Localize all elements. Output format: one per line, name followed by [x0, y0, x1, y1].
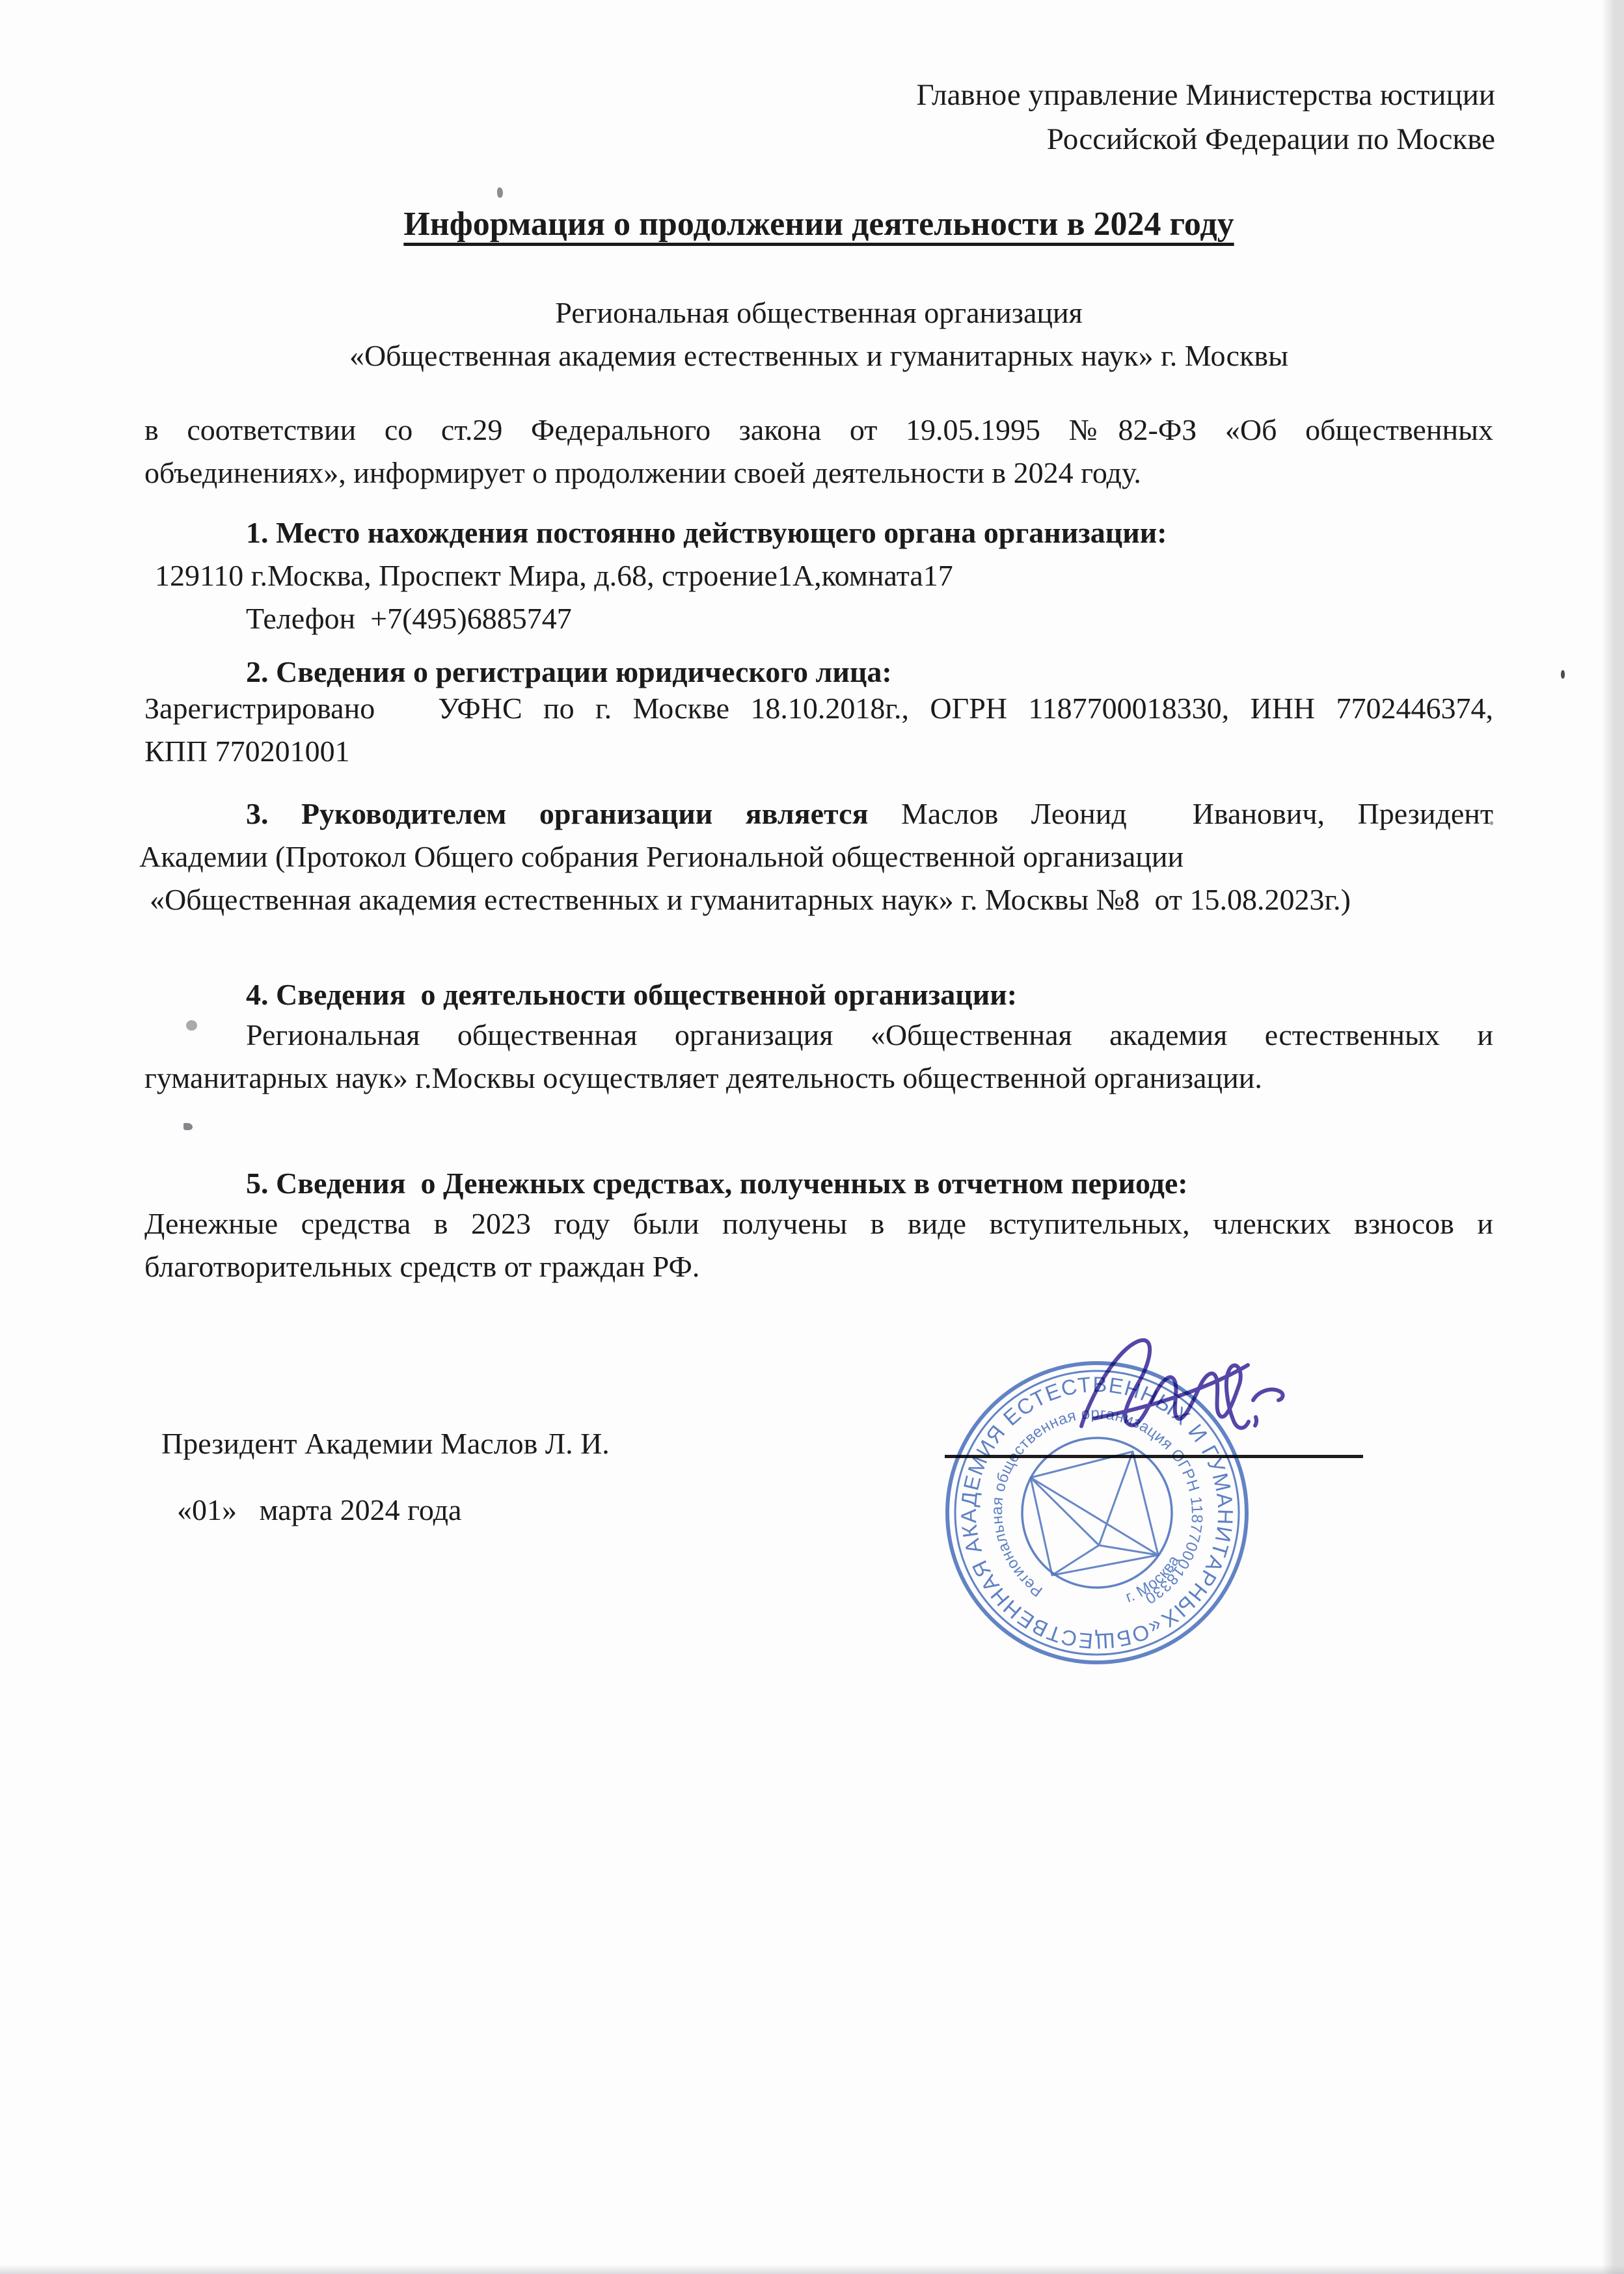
section-3-line-3: «Общественная академия естественных и гу… — [144, 878, 1493, 921]
scan-speck — [1561, 670, 1565, 679]
intro-line-2: объединениях», информирует о продолжении… — [144, 452, 1493, 494]
scanned-document-page: Главное управление Министерства юстиции … — [0, 0, 1624, 2274]
recipient-header: Главное управление Министерства юстиции … — [584, 73, 1495, 161]
document-title-text: Информация о продолжении деятельности в … — [403, 206, 1234, 243]
scan-speck — [183, 1123, 193, 1130]
document-date: «01» марта 2024 года — [144, 1489, 1526, 1532]
scan-edge-shadow-bottom — [0, 2265, 1624, 2274]
scan-speck — [1490, 821, 1493, 825]
section-5-line-2: благотворительных средств от граждан РФ. — [144, 1245, 1493, 1288]
handwritten-signature — [1041, 1321, 1340, 1464]
scan-edge-shadow-right — [1602, 0, 1624, 2274]
section-5-line-1: Денежные средства в 2023 году были получ… — [144, 1202, 1493, 1245]
section-2-body: Зарегистрировано УФНС по г. Москве 18.10… — [144, 687, 1493, 773]
scan-speck — [497, 187, 503, 198]
document-title: Информация о продолжении деятельности в … — [144, 203, 1493, 247]
recipient-header-line-2: Российской Федерации по Москве — [584, 117, 1495, 161]
section-4-line-2: гуманитарных наук» г.Москвы осуществляет… — [144, 1057, 1493, 1100]
section-1-address: 129110 г.Москва, Проспект Мира, д.68, ст… — [144, 554, 1504, 597]
scan-speck — [186, 1020, 197, 1031]
signature-strokes — [1081, 1340, 1283, 1428]
organization-name-block: Региональная общественная организация «О… — [144, 291, 1493, 377]
organization-type: Региональная общественная организация — [144, 291, 1493, 334]
section-3-body: 3. Руководителем организации является Ма… — [144, 792, 1493, 921]
section-4-line-1: Региональная общественная организация «О… — [144, 1014, 1493, 1057]
section-2-line-2: КПП 770201001 — [144, 730, 1493, 773]
section-3-lead-rest: Маслов Леонид Иванович, Президент — [901, 797, 1493, 830]
section-3-line-2: Академии (Протокол Общего собрания Регио… — [139, 835, 1493, 878]
section-5-body: Денежные средства в 2023 году были получ… — [144, 1202, 1493, 1288]
section-1-phone: Телефон +7(495)6885747 — [144, 597, 1595, 640]
section-5-heading: 5. Сведения о Денежных средствах, получе… — [144, 1162, 1595, 1205]
section-3-lead-line: 3. Руководителем организации является Ма… — [144, 792, 1493, 835]
intro-paragraph: в соответствии со ст.29 Федерального зак… — [144, 409, 1493, 494]
organization-title: «Общественная академия естественных и гу… — [144, 334, 1493, 377]
section-1-heading: 1. Место нахождения постоянно действующе… — [144, 511, 1595, 554]
section-3-lead-bold: 3. Руководителем организации является — [246, 797, 868, 830]
intro-line-1: в соответствии со ст.29 Федерального зак… — [144, 409, 1493, 452]
section-4-body: Региональная общественная организация «О… — [144, 1014, 1493, 1100]
section-2-line-1: Зарегистрировано УФНС по г. Москве 18.10… — [144, 687, 1493, 730]
recipient-header-line-1: Главное управление Министерства юстиции — [584, 73, 1495, 117]
stamp-crystal-emblem-icon — [1031, 1452, 1158, 1575]
section-4-heading: 4. Сведения о деятельности общественной … — [144, 973, 1595, 1016]
